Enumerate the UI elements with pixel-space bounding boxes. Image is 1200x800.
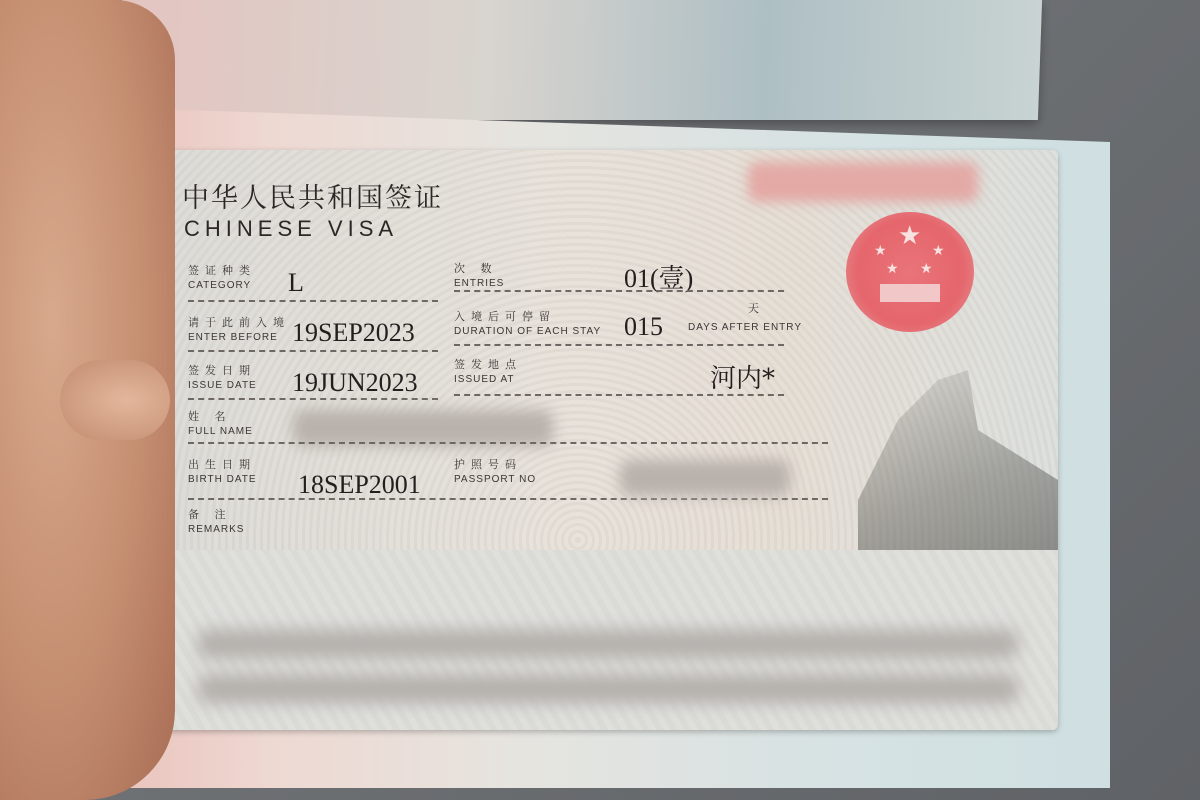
duration-value: 015 <box>624 312 663 342</box>
redacted-mrz-line-2 <box>198 675 1018 703</box>
passport-no-label: 护照号码 PASSPORT NO <box>454 456 536 485</box>
birth-date-label: 出生日期 BIRTH DATE <box>188 456 257 485</box>
issued-at-value: 河内* <box>710 358 775 395</box>
divider <box>454 290 784 292</box>
machine-readable-zone <box>158 550 1058 730</box>
enter-before-value: 19SEP2023 <box>292 318 415 348</box>
issue-date-label: 签发日期 ISSUE DATE <box>188 362 257 391</box>
divider <box>188 398 438 400</box>
redacted-full-name <box>293 410 553 446</box>
national-emblem-icon: ★ ★ ★ ★ ★ <box>846 212 974 332</box>
issue-date-value: 19JUN2023 <box>292 368 418 398</box>
visa-title-english: CHINESE VISA <box>184 216 398 242</box>
passport-previous-page <box>118 0 1042 120</box>
issued-at-label: 签发地点 ISSUED AT <box>454 356 522 385</box>
redacted-mrz-line-1 <box>198 630 1018 658</box>
great-wall-illustration <box>858 360 1058 560</box>
birth-date-value: 18SEP2001 <box>298 470 421 500</box>
full-name-label: 姓 名 FULL NAME <box>188 408 253 437</box>
gate-icon <box>880 284 940 302</box>
divider <box>454 394 784 396</box>
entries-label: 次 数 ENTRIES <box>454 260 504 289</box>
duration-label: 入境后可停留 DURATION OF EACH STAY <box>454 308 601 337</box>
divider <box>454 344 784 346</box>
remarks-label: 备 注 REMARKS <box>188 506 244 535</box>
divider <box>188 300 438 302</box>
redacted-passport-number <box>620 460 790 496</box>
thumb <box>60 360 170 440</box>
category-value: L <box>288 268 304 298</box>
divider <box>188 442 828 444</box>
enter-before-label: 请于此前入境 ENTER BEFORE <box>188 314 290 343</box>
duration-unit: 天 DAYS AFTER ENTRY <box>688 300 802 333</box>
visa-title-chinese: 中华人民共和国签证 <box>182 176 443 215</box>
category-label: 签证种类 CATEGORY <box>188 262 256 291</box>
visa-sticker: 中华人民共和国签证 CHINESE VISA 签证种类 CATEGORY L 请… <box>158 150 1058 730</box>
divider <box>188 350 438 352</box>
divider <box>188 498 828 500</box>
redacted-visa-number <box>748 162 978 202</box>
